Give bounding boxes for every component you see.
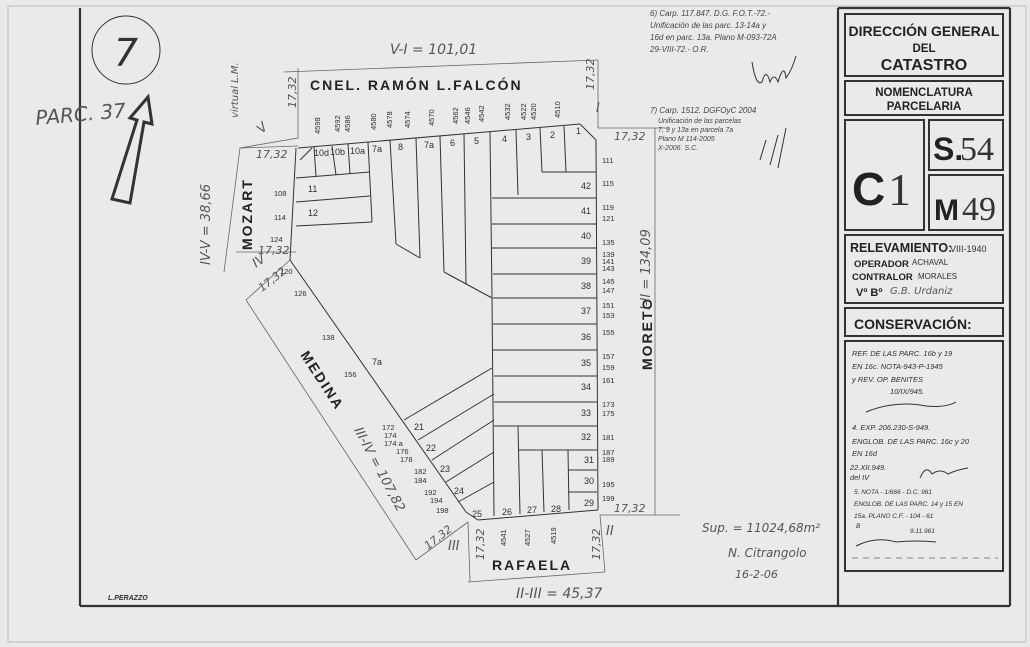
svg-text:1: 1 xyxy=(576,126,581,136)
svg-text:159: 159 xyxy=(602,363,615,372)
svg-text:17,32: 17,32 xyxy=(590,529,603,561)
svg-text:175: 175 xyxy=(602,409,615,418)
svg-text:10d: 10d xyxy=(314,148,329,158)
circunscripcion-value: 1 xyxy=(888,164,911,215)
svg-text:36: 36 xyxy=(581,332,591,342)
svg-text:del IV: del IV xyxy=(850,473,870,482)
svg-text:42: 42 xyxy=(581,181,591,191)
agency-name-line2: DEL xyxy=(913,43,936,55)
svg-text:39: 39 xyxy=(581,256,591,266)
svg-text:EN 16d: EN 16d xyxy=(852,449,878,458)
svg-text:199: 199 xyxy=(602,494,615,503)
svg-text:4. EXP. 206.230-S-949.: 4. EXP. 206.230-S-949. xyxy=(852,423,930,432)
svg-text:151: 151 xyxy=(602,301,615,310)
svg-text:4592: 4592 xyxy=(333,115,342,132)
svg-text:153: 153 xyxy=(602,311,615,320)
svg-text:B: B xyxy=(856,523,861,530)
svg-text:184: 184 xyxy=(414,476,427,485)
vb-value: G.B. Urdaniz xyxy=(890,286,953,297)
svg-text:37: 37 xyxy=(581,306,591,316)
svg-text:29: 29 xyxy=(584,498,594,508)
svg-text:17,32: 17,32 xyxy=(614,502,646,515)
svg-text:6) Carp. 117.847. D.G. F.O.T.-: 6) Carp. 117.847. D.G. F.O.T.-72.- xyxy=(650,9,770,18)
svg-text:5: 5 xyxy=(474,136,479,146)
manzana-value: 49 xyxy=(962,191,996,228)
svg-text:24: 24 xyxy=(454,486,464,496)
vb-label: Vº Bº xyxy=(856,287,882,299)
svg-text:8: 8 xyxy=(398,142,403,152)
nomenclature-line1: NOMENCLATURA xyxy=(875,87,973,99)
svg-text:4522: 4522 xyxy=(519,103,528,120)
svg-text:4570: 4570 xyxy=(427,109,436,126)
svg-text:10/IX/945.: 10/IX/945. xyxy=(890,387,924,396)
svg-text:12: 12 xyxy=(308,208,318,218)
svg-text:194: 194 xyxy=(430,496,443,505)
operador-label: OPERADOR xyxy=(854,259,909,270)
dimension-east: I-II = 134,09 xyxy=(639,229,654,310)
svg-text:124: 124 xyxy=(270,235,283,244)
agency-name-line3: CATASTRO xyxy=(881,57,968,74)
dimension-south: II-III = 45,37 xyxy=(516,586,602,602)
svg-text:119: 119 xyxy=(602,203,614,212)
svg-text:7a: 7a xyxy=(424,140,434,150)
svg-text:4580: 4580 xyxy=(369,113,378,130)
svg-text:17,32: 17,32 xyxy=(286,77,299,109)
cadastral-plan-sheet: 7 PARC. 37 6) Carp. 117.847. D.G. F.O.T.… xyxy=(0,0,1030,647)
svg-text:15a. PLANO C.F. - 104 - 61: 15a. PLANO C.F. - 104 - 61 xyxy=(854,513,934,520)
dimension-west: IV-V = 38,66 xyxy=(199,184,214,265)
svg-text:17,32: 17,32 xyxy=(614,130,646,143)
svg-text:4586: 4586 xyxy=(343,115,352,132)
svg-text:17,32: 17,32 xyxy=(584,59,597,91)
svg-text:17,32: 17,32 xyxy=(474,529,487,561)
svg-text:2: 2 xyxy=(550,130,555,140)
svg-text:4574: 4574 xyxy=(403,111,412,128)
svg-text:29-VIII-72.- O.R.: 29-VIII-72.- O.R. xyxy=(649,45,709,54)
svg-text:4520: 4520 xyxy=(529,103,538,120)
relevamiento-label: RELEVAMIENTO: xyxy=(850,241,952,255)
svg-text:ENGLOB. DE LAS PARC. 16c y 20: ENGLOB. DE LAS PARC. 16c y 20 xyxy=(852,437,970,446)
svg-text:189: 189 xyxy=(602,455,615,464)
svg-text:182: 182 xyxy=(414,467,427,476)
svg-text:28: 28 xyxy=(551,504,561,514)
svg-text:27: 27 xyxy=(527,505,537,515)
svg-text:4532: 4532 xyxy=(503,103,512,120)
svg-text:4541: 4541 xyxy=(499,529,508,546)
svg-text:30: 30 xyxy=(584,476,594,486)
svg-text:173: 173 xyxy=(602,400,615,409)
svg-text:4546: 4546 xyxy=(463,107,472,124)
svg-text:145: 145 xyxy=(602,277,615,286)
conservacion-label: CONSERVACIÓN: xyxy=(854,315,972,332)
svg-text:10b: 10b xyxy=(330,147,345,157)
operador-value: ACHAVAL xyxy=(912,258,949,267)
svg-text:35: 35 xyxy=(581,358,591,368)
surface-area: Sup. = 11024,68m² xyxy=(702,521,820,535)
south-frontage-numbers: 4541 4527 4519 xyxy=(499,527,558,546)
svg-text:157: 157 xyxy=(602,352,615,361)
agency-name-line1: DIRECCIÓN GENERAL xyxy=(849,22,1000,39)
svg-text:I: I xyxy=(596,101,600,116)
svg-text:4578: 4578 xyxy=(385,111,394,128)
svg-text:11: 11 xyxy=(308,184,317,194)
svg-text:4527: 4527 xyxy=(523,529,532,546)
svg-text:143: 143 xyxy=(602,264,615,273)
svg-text:21: 21 xyxy=(414,422,424,432)
svg-text:5. NOTA - 1/666 - D.C. 961: 5. NOTA - 1/666 - D.C. 961 xyxy=(854,489,932,496)
svg-text:34: 34 xyxy=(581,382,591,392)
east-frontage-numbers: 111 115 119 121 135 139 141 143 145 147 … xyxy=(602,156,615,503)
svg-text:41: 41 xyxy=(581,206,591,216)
contralor-value: MORALES xyxy=(918,272,957,281)
svg-text:7a: 7a xyxy=(372,357,382,367)
svg-text:22.XII.949.: 22.XII.949. xyxy=(849,463,886,472)
seccion-value: 54 xyxy=(960,131,994,168)
svg-text:4562: 4562 xyxy=(451,107,460,124)
svg-text:4519: 4519 xyxy=(549,527,558,544)
svg-text:147: 147 xyxy=(602,286,615,295)
svg-text:138: 138 xyxy=(322,333,335,342)
svg-text:23: 23 xyxy=(440,464,450,474)
svg-text:33: 33 xyxy=(581,408,591,418)
svg-text:108: 108 xyxy=(274,189,287,198)
svg-text:III: III xyxy=(448,539,460,554)
street-name-south: RAFAELA xyxy=(492,557,572,573)
svg-text:Unificación de las parc. 13-14: Unificación de las parc. 13-14a y xyxy=(650,21,767,30)
svg-text:31: 31 xyxy=(584,455,594,465)
svg-text:111: 111 xyxy=(602,156,613,165)
svg-text:9.11.961: 9.11.961 xyxy=(910,528,935,535)
svg-text:ENGLOB. DE LAS PARC. 14 y 15 E: ENGLOB. DE LAS PARC. 14 y 15 EN xyxy=(854,501,963,508)
svg-text:25: 25 xyxy=(472,509,482,519)
svg-text:4598: 4598 xyxy=(313,117,322,134)
svg-text:195: 195 xyxy=(602,480,615,489)
svg-text:156: 156 xyxy=(344,370,357,379)
nomenclature-line2: PARCELARIA xyxy=(887,101,962,113)
svg-text:40: 40 xyxy=(581,231,591,241)
svg-text:X-2006. S.C.: X-2006. S.C. xyxy=(657,145,698,152)
svg-text:4: 4 xyxy=(502,134,507,144)
svg-text:7) Carp. 1512. DGFOyC 2004: 7) Carp. 1512. DGFOyC 2004 xyxy=(650,106,757,115)
svg-text:126: 126 xyxy=(294,289,307,298)
circunscripcion-letter: C xyxy=(852,163,885,215)
svg-text:115: 115 xyxy=(602,179,614,188)
sheet-number: 7 xyxy=(114,31,138,75)
virtual-line-note: virtual L.M. xyxy=(230,62,241,118)
approval-date: 16-2-06 xyxy=(735,568,778,581)
svg-text:121: 121 xyxy=(602,214,615,223)
svg-text:198: 198 xyxy=(436,506,449,515)
svg-text:32: 32 xyxy=(581,432,591,442)
svg-text:Unificación de las parcelas: Unificación de las parcelas xyxy=(658,118,742,125)
svg-text:114: 114 xyxy=(274,213,286,222)
svg-text:4542: 4542 xyxy=(477,105,486,122)
street-name-north: CNEL. RAMÓN L.FALCÓN xyxy=(310,76,523,93)
contralor-label: CONTRALOR xyxy=(852,272,913,283)
svg-text:3: 3 xyxy=(526,132,531,142)
svg-text:REF. DE LAS PARC. 16b y 19: REF. DE LAS PARC. 16b y 19 xyxy=(852,349,953,358)
svg-text:120: 120 xyxy=(280,267,293,276)
relevamiento-value: VIII-1940 xyxy=(950,244,987,254)
svg-text:17,32: 17,32 xyxy=(256,148,288,161)
svg-text:17,32: 17,32 xyxy=(258,244,290,257)
svg-text:38: 38 xyxy=(581,281,591,291)
svg-text:4510: 4510 xyxy=(553,101,562,118)
svg-text:178: 178 xyxy=(400,455,413,464)
svg-text:161: 161 xyxy=(602,376,615,385)
svg-text:26: 26 xyxy=(502,507,512,517)
draftsman-name: L.PERAZZO xyxy=(108,595,148,602)
svg-text:10a: 10a xyxy=(350,146,365,156)
dimension-north: V-I = 101,01 xyxy=(390,42,477,58)
seccion-letter: S. xyxy=(933,131,963,167)
svg-text:181: 181 xyxy=(602,433,615,442)
svg-text:155: 155 xyxy=(602,328,615,337)
svg-text:Plano M 114-2005: Plano M 114-2005 xyxy=(658,136,715,143)
svg-text:6: 6 xyxy=(450,138,455,148)
svg-text:16d en parc. 13a. Plano M-093-: 16d en parc. 13a. Plano M-093-72A xyxy=(650,33,777,42)
svg-text:22: 22 xyxy=(426,443,436,453)
svg-text:7a: 7a xyxy=(372,144,382,154)
street-name-west: MOZART xyxy=(239,178,255,250)
svg-text:II: II xyxy=(606,524,614,539)
svg-text:EN 16c. NOTA-943-P-1945: EN 16c. NOTA-943-P-1945 xyxy=(852,362,944,371)
approver-name: N. Citrangolo xyxy=(728,546,807,560)
svg-text:135: 135 xyxy=(602,238,615,247)
svg-text:y REV. OP. BENITES: y REV. OP. BENITES xyxy=(851,375,923,384)
manzana-letter: M xyxy=(934,194,959,227)
